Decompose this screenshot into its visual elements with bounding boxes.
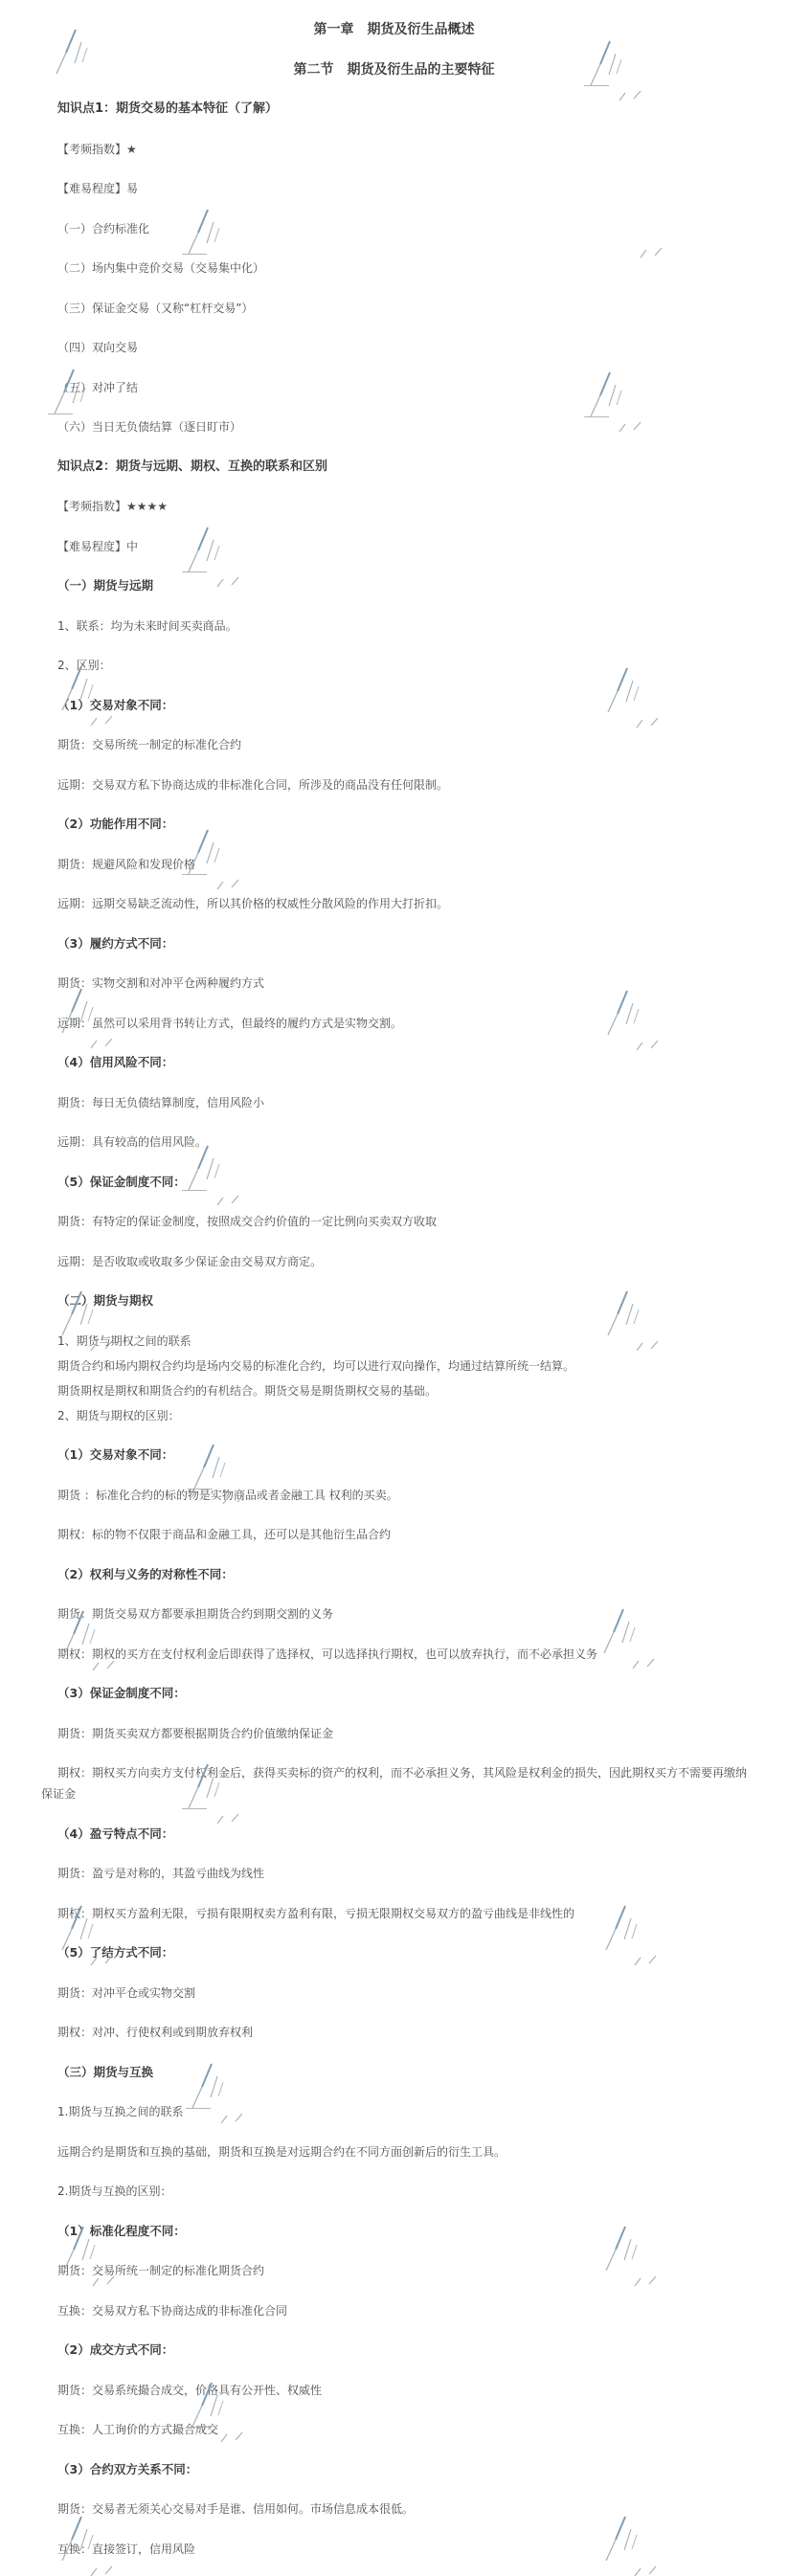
paragraph: 期货：盈亏是对称的，其盈亏曲线为线性 (41, 1863, 747, 1884)
paragraph: 期货期权是期权和期货合约的有机结合。期货交易是期货期权交易的基础。 (41, 1380, 747, 1401)
paragraph: 期货：交易所统一制定的标准化合约 (41, 734, 747, 755)
sub-heading: （2）成交方式不同： (41, 2340, 747, 2361)
sub-heading: （二）期货与期权 (41, 1290, 747, 1311)
paragraph: （一）合约标准化 (41, 218, 747, 239)
paragraph: 远期：交易双方私下协商达成的非标准化合同，所涉及的商品没有任何限制。 (41, 774, 747, 795)
paragraph: 1.期货与互换之间的联系 (41, 2101, 747, 2122)
paragraph: 期货：交易所统一制定的标准化期货合约 (41, 2260, 747, 2281)
paragraph: 期货合约和场内期权合约均是场内交易的标准化合约，均可以进行双向操作，均通过结算所… (41, 1355, 747, 1377)
knowledge-point-heading: 知识点1：期货交易的基本特征（了解） (41, 99, 747, 120)
paragraph: 远期：虽然可以采用背书转让方式，但最终的履约方式是实物交割。 (41, 1013, 747, 1034)
sub-heading: （一）期货与远期 (41, 575, 747, 596)
paragraph: 互换：交易双方私下协商达成的非标准化合同 (41, 2300, 747, 2321)
sub-heading: （2）功能作用不同： (41, 814, 747, 835)
sub-heading: （1）标准化程度不同： (41, 2221, 747, 2242)
paragraph: 期货：对冲平仓或实物交割 (41, 1982, 747, 2004)
paragraph: 远期合约是期货和互换的基础，期货和互换是对远期合约在不同方面创新后的衍生工具。 (41, 2141, 747, 2162)
sub-heading: （1）交易对象不同： (41, 695, 747, 716)
sub-heading: （3）保证金制度不同： (41, 1683, 747, 1704)
paragraph: 期货：交易系统撮合成交，价格具有公开性、权威性 (41, 2380, 747, 2401)
paragraph: （四）双向交易 (41, 337, 747, 358)
paragraph: 【难易程度】中 (41, 536, 747, 557)
paragraph: 期权：期权买方向卖方支付权利金后，获得买卖标的资产的权利，而不必承担义务，其风险… (41, 1762, 747, 1804)
paragraph: 期货：每日无负债结算制度，信用风险小 (41, 1092, 747, 1113)
paragraph: 期货：期货买卖双方都要根据期货合约价值缴纳保证金 (41, 1723, 747, 1744)
paragraph: 远期：是否收取或收取多少保证金由交易双方商定。 (41, 1251, 747, 1272)
paragraph: 期货 ：标准化合约的标的物是实物商品或者金融工具 权利的买卖。 (41, 1485, 747, 1506)
paragraph: 1、联系：均为未来时间买卖商品。 (41, 616, 747, 637)
sub-heading: （2）权利与义务的对称性不同： (41, 1564, 747, 1585)
paragraph: 远期：远期交易缺乏流动性，所以其价格的权威性分散风险的作用大打折扣。 (41, 893, 747, 914)
paragraph: 期货：规避风险和发现价格 (41, 854, 747, 875)
sub-heading: （三）期货与互换 (41, 2062, 747, 2083)
paragraph: 互换：直接签订，信用风险 (41, 2539, 747, 2560)
paragraph: 2、期货与期权的区别： (41, 1405, 747, 1426)
paragraph: 期货：期货交易双方都要承担期货合约到期交割的义务 (41, 1603, 747, 1624)
paragraph: 期权：期权的买方在支付权利金后即获得了选择权，可以选择执行期权，也可以放弃执行，… (41, 1644, 747, 1665)
paragraph: 远期：具有较高的信用风险。 (41, 1131, 747, 1153)
paragraph: 期权：期权买方盈利无限，亏损有限期权卖方盈利有限，亏损无限期权交易双方的盈亏曲线… (41, 1903, 747, 1924)
knowledge-point-heading: 知识点2：期货与远期、期权、互换的联系和区别 (41, 457, 747, 478)
sub-heading: （3）履约方式不同： (41, 933, 747, 954)
sub-heading: （1）交易对象不同： (41, 1445, 747, 1466)
paragraph: （三）保证金交易（又称“杠杆交易”） (41, 298, 747, 319)
section-title: 第二节 期货及衍生品的主要特征 (41, 59, 747, 80)
paragraph: 期权：标的物不仅限于商品和金融工具，还可以是其他衍生品合约 (41, 1524, 747, 1545)
chapter-title: 第一章 期货及衍生品概述 (41, 19, 747, 40)
paragraph-list: 知识点1：期货交易的基本特征（了解）【考频指数】★【难易程度】易（一）合约标准化… (41, 99, 747, 2560)
paragraph: 1、期货与期权之间的联系 (41, 1331, 747, 1352)
sub-heading: （4）盈亏特点不同： (41, 1824, 747, 1845)
paragraph: 互换：人工询价的方式撮合成交 (41, 2419, 747, 2440)
paragraph: 【考频指数】★★★★ (41, 496, 747, 517)
paragraph: （五）对冲了结 (41, 377, 747, 398)
paragraph: 期货：有特定的保证金制度，按照成交合约价值的一定比例向买卖双方收取 (41, 1211, 747, 1232)
paragraph: 期权：对冲、行使权利或到期放弃权利 (41, 2022, 747, 2043)
document-body: 第一章 期货及衍生品概述 第二节 期货及衍生品的主要特征 知识点1：期货交易的基… (0, 0, 788, 2576)
sub-heading: （5）保证金制度不同： (41, 1172, 747, 1193)
paragraph: 【难易程度】易 (41, 178, 747, 199)
document-page: 第一章 期货及衍生品概述 第二节 期货及衍生品的主要特征 知识点1：期货交易的基… (0, 0, 788, 2576)
sub-heading: （3）合约双方关系不同： (41, 2459, 747, 2480)
paragraph: （二）场内集中竞价交易（交易集中化） (41, 258, 747, 279)
paragraph: （六）当日无负债结算（逐日盯市） (41, 416, 747, 437)
paragraph: 期货：实物交割和对冲平仓两种履约方式 (41, 973, 747, 994)
sub-heading: （4）信用风险不同： (41, 1052, 747, 1073)
paragraph: 2、区别： (41, 655, 747, 676)
paragraph: 【考频指数】★ (41, 139, 747, 160)
sub-heading: （5）了结方式不同： (41, 1942, 747, 1963)
paragraph: 2.期货与互换的区别： (41, 2181, 747, 2202)
paragraph: 期货：交易者无须关心交易对手是谁、信用如何。市场信息成本很低。 (41, 2498, 747, 2520)
